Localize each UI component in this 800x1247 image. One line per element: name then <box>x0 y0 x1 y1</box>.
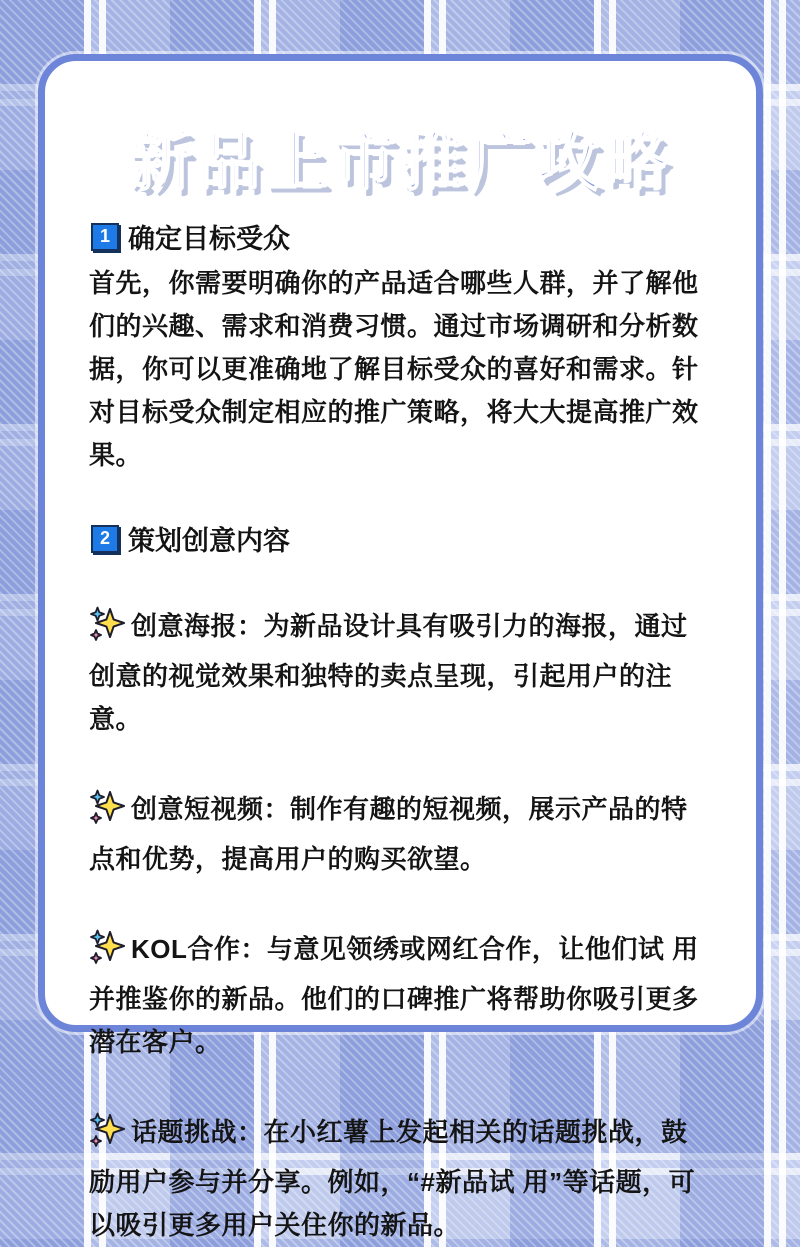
number-1-badge: 1 <box>91 223 119 251</box>
bullet-kol-cooperation: KOL合作：与意见领绣或网红合作，让他们试 用并推鉴你的新品。他们的口碑推广将帮… <box>89 928 712 1064</box>
section-target-audience: 1 确定目标受众 首先，你需要明确你的产品适合哪些人群，并了解他们的兴趣、需求和… <box>89 217 712 477</box>
sparkles-icon <box>89 929 125 978</box>
bullet-creative-poster: 创意海报：为新品设计具有吸引力的海报，通过创意的视觉效果和独特的卖点呈现，引起用… <box>89 605 712 741</box>
section-2-heading: 策划创意内容 <box>128 519 290 558</box>
section-1-header: 1 确定目标受众 <box>91 217 712 256</box>
section-1-body: 首先，你需要明确你的产品适合哪些人群，并了解他们的兴趣、需求和消费习惯。通过市场… <box>89 262 712 477</box>
bullet-text: 创意海报：为新品设计具有吸引力的海报，通过创意的视觉效果和独特的卖点呈现，引起用… <box>89 611 688 734</box>
sparkles-icon <box>89 789 125 838</box>
page-title: 新品上市推广攻略 <box>89 111 712 203</box>
bullet-text: 创意短视频：制作有趣的短视频，展示产品的特点和优势，提高用户的购买欲望。 <box>89 794 688 874</box>
section-creative-content: 2 策划创意内容 创意海报：为新品设计具有吸引力的海报，通过创意的视觉效果和独特… <box>89 519 712 1069</box>
sparkles-icon <box>89 606 125 655</box>
section-2-header: 2 策划创意内容 <box>91 519 712 558</box>
bullet-short-video: 创意短视频：制作有趣的短视频，展示产品的特点和优势，提高用户的购买欲望。 <box>89 788 712 881</box>
bullet-text: KOL合作：与意见领绣或网红合作，让他们试 用并推鉴你的新品。他们的口碑推广将帮… <box>89 934 699 1057</box>
number-2-badge: 2 <box>91 525 119 553</box>
poster-card: 新品上市推广攻略 1 确定目标受众 首先，你需要明确你的产品适合哪些人群，并了解… <box>38 54 763 1032</box>
section-1-heading: 确定目标受众 <box>128 217 290 256</box>
